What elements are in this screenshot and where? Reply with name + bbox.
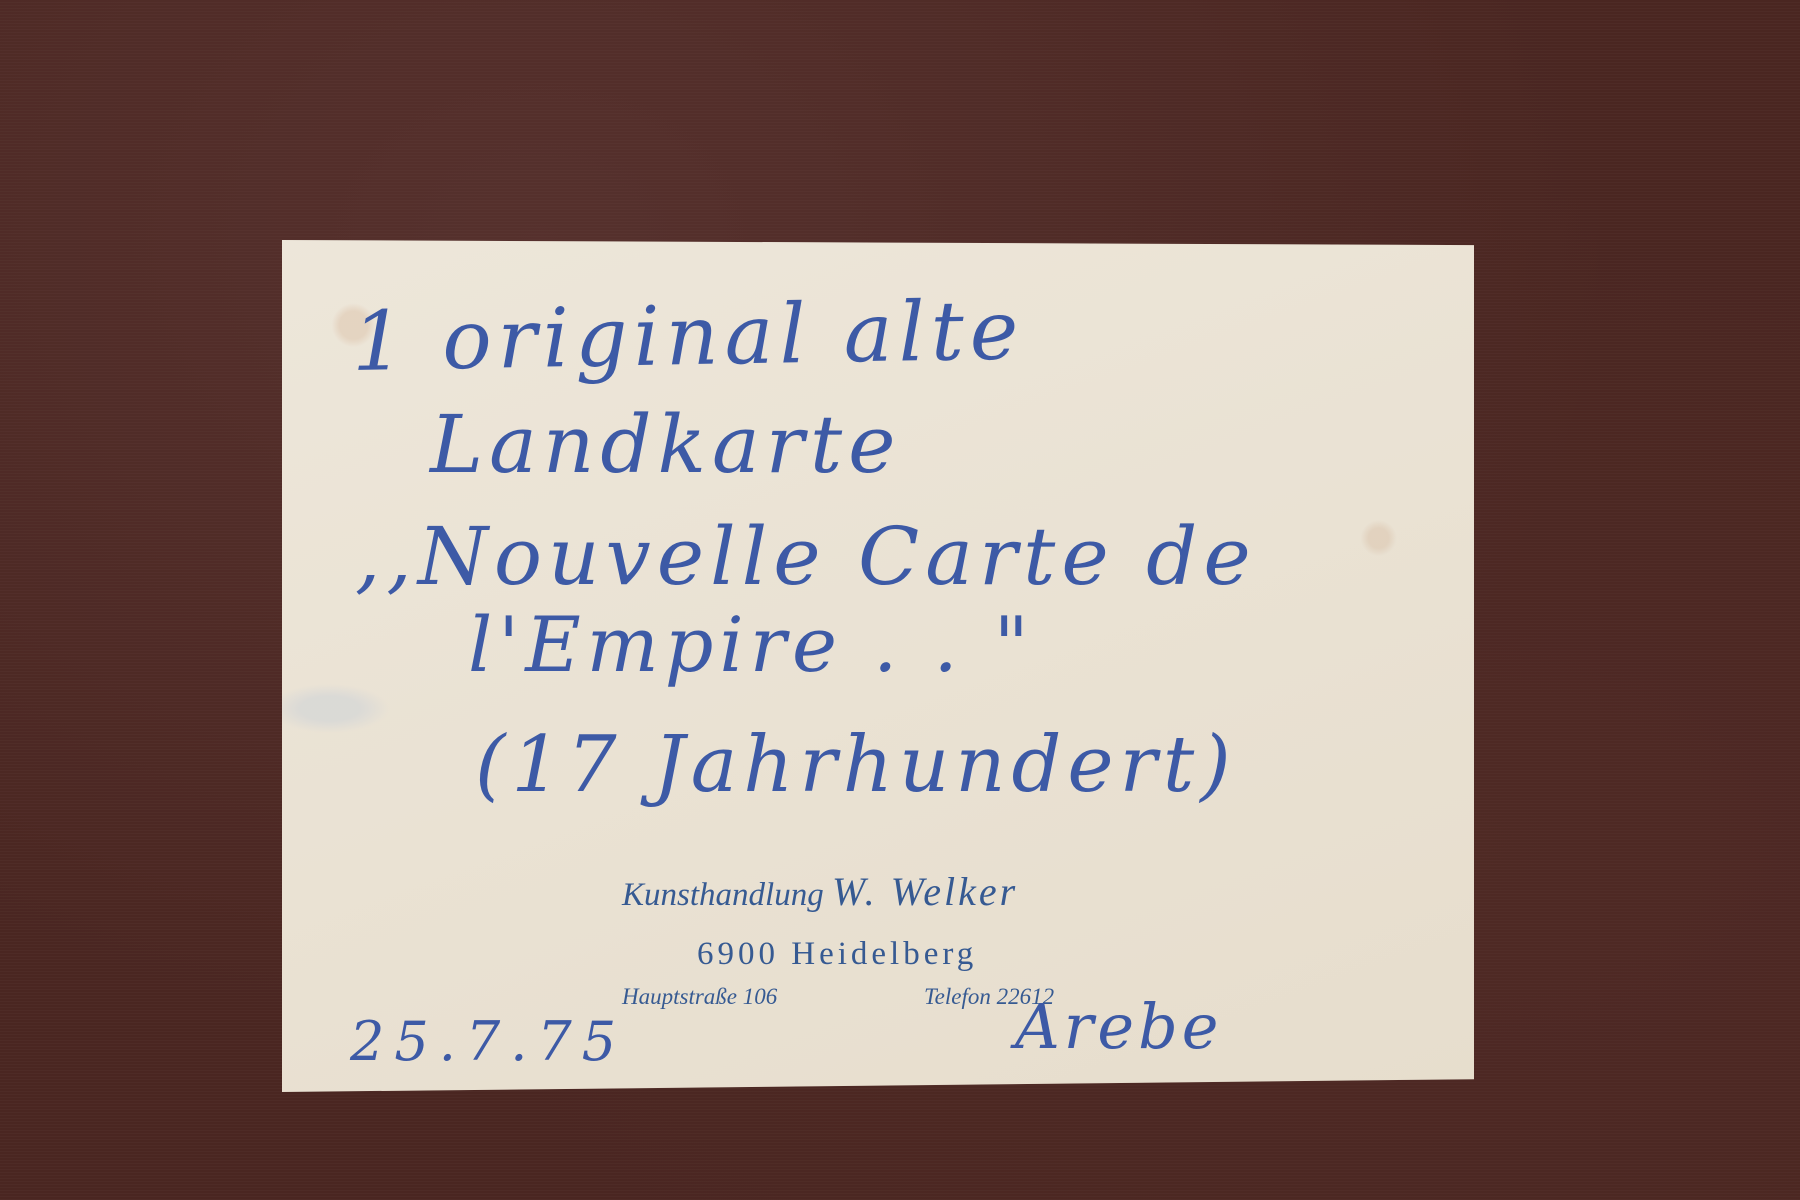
stamp-shop-prefix: Kunsthandlung [622,877,824,913]
photo-scene: 1 original alte Landkarte ,,Nouvelle Car… [0,0,1800,1200]
handwritten-line-4: l'Empire . . " [468,600,1035,689]
stamp-shop-name: W. Welker [832,869,1018,914]
stamp-street: Hauptstraße 106 [622,984,777,1010]
stamp-shop-line: Kunsthandlung W. Welker [622,868,1018,915]
handwritten-date: 25.7.75 [350,1010,626,1073]
handwritten-line-5: (17 Jahrhundert) [475,720,1237,810]
handwritten-line-3: ,,Nouvelle Carte de [355,510,1257,603]
handwritten-line-1: 1 original alte [351,283,1025,390]
handwritten-signature: Arebe [1015,990,1222,1063]
handwritten-line-2: Landkarte [430,398,901,491]
stamp-city: 6900 Heidelberg [697,936,977,973]
